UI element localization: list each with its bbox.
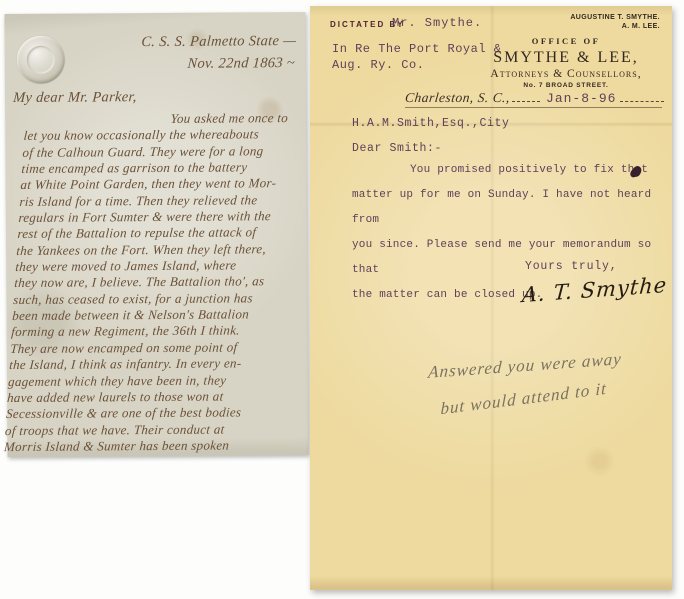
handwritten-line: ris Island for a time. Then they relieve… bbox=[19, 192, 305, 210]
handwritten-line: been made between it & Nelson's Battalio… bbox=[12, 306, 298, 324]
handwritten-line: have added new laurels to those won at bbox=[7, 388, 293, 406]
typed-line: You promised positively to fix that bbox=[352, 158, 672, 183]
typed-letter-1896: DICTATED BY Mr. Smythe. AUGUSTINE T. SMY… bbox=[310, 6, 672, 590]
ruled-dashes bbox=[512, 90, 540, 102]
handwritten-line: let you know occasionally the whereabout… bbox=[23, 126, 309, 144]
letterhead-office-of: OFFICE OF bbox=[460, 36, 672, 46]
handwritten-line: of the Calhoun Guard. They were for a lo… bbox=[22, 143, 308, 161]
dictated-name: Mr. Smythe. bbox=[392, 16, 482, 30]
embossed-seal-inner-ring bbox=[27, 46, 55, 74]
handwritten-line: time encamped as garrison to the battery bbox=[21, 159, 307, 177]
date-underline-rule bbox=[405, 107, 662, 108]
scanned-letters-background: C. S. S. Palmetto State —Nov. 22nd 1863 … bbox=[0, 0, 684, 599]
handwritten-line: gagement which they have been in, they bbox=[8, 372, 294, 390]
partner-name-line: A. M. LEE. bbox=[570, 22, 660, 31]
handwritten-line: at White Point Garden, then they went to… bbox=[20, 175, 306, 193]
letter-salutation: My dear Mr. Parker, bbox=[13, 89, 138, 107]
handwritten-line: they were moved to James Island, where bbox=[15, 257, 301, 275]
partner-name-line: AUGUSTINE T. SMYTHE. bbox=[570, 13, 660, 22]
letter-body: You asked me once tolet you know occasio… bbox=[4, 110, 311, 455]
handwritten-line: rest of the Battalion to repulse the att… bbox=[17, 224, 303, 242]
letterhead-street-address: No. 7 BROAD STREET. bbox=[460, 82, 672, 89]
heading-line: Nov. 22nd 1863 ~ bbox=[139, 52, 295, 75]
typed-line: matter up for me on Sunday. I have not h… bbox=[352, 183, 672, 233]
handwritten-line: Secessionville & are one of the best bod… bbox=[6, 404, 292, 422]
letterhead: OFFICE OF SMYTHE & LEE, Attorneys & Coun… bbox=[460, 36, 672, 89]
ruled-dashes bbox=[620, 90, 664, 102]
letter-date: Jan-8-96 bbox=[546, 91, 616, 106]
pencil-annotation-line-2: but would attend to it bbox=[440, 379, 607, 420]
pencil-annotation-line-1: Answered you were away bbox=[428, 349, 623, 383]
handwritten-line: such, has ceased to exist, for a junctio… bbox=[13, 290, 299, 308]
letter-heading: C. S. S. Palmetto State —Nov. 22nd 1863 … bbox=[139, 30, 297, 75]
handwritten-letter-1863: C. S. S. Palmetto State —Nov. 22nd 1863 … bbox=[4, 12, 308, 457]
handwritten-line: You asked me once to bbox=[170, 110, 310, 127]
date-line: Charleston, S. C.,Jan-8-96 bbox=[405, 89, 664, 107]
heading-line: C. S. S. Palmetto State — bbox=[141, 30, 297, 53]
typed-salutation: Dear Smith:- bbox=[352, 142, 442, 155]
handwritten-line: of troops that we have. Their conduct at bbox=[5, 421, 291, 439]
city-script: Charleston, S. C., bbox=[404, 90, 511, 106]
letterhead-firm-subtitle: Attorneys & Counsellors, bbox=[460, 68, 672, 80]
recipient-line: H.A.M.Smith,Esq.,City bbox=[352, 117, 510, 130]
typed-closing: Yours truly, bbox=[525, 260, 617, 273]
handwritten-line: the Island, I think as infantry. In ever… bbox=[9, 355, 295, 373]
embossed-seal bbox=[17, 36, 65, 84]
handwritten-line: they now are, I believe. The Battalion t… bbox=[14, 273, 300, 291]
handwritten-line: regulars in Fort Sumter & were there wit… bbox=[18, 208, 304, 226]
handwritten-line: the Yankees on the Fort. When they left … bbox=[16, 241, 302, 259]
partner-names: AUGUSTINE T. SMYTHE.A. M. LEE. bbox=[570, 13, 660, 31]
letterhead-firm-name: SMYTHE & LEE, bbox=[460, 49, 672, 67]
handwritten-line: Morris Island & Sumter has been spoken bbox=[4, 437, 290, 455]
handwritten-line: forming a new Regiment, the 36th I think… bbox=[11, 322, 297, 340]
handwritten-line: They are now encamped on some point of bbox=[10, 339, 296, 357]
